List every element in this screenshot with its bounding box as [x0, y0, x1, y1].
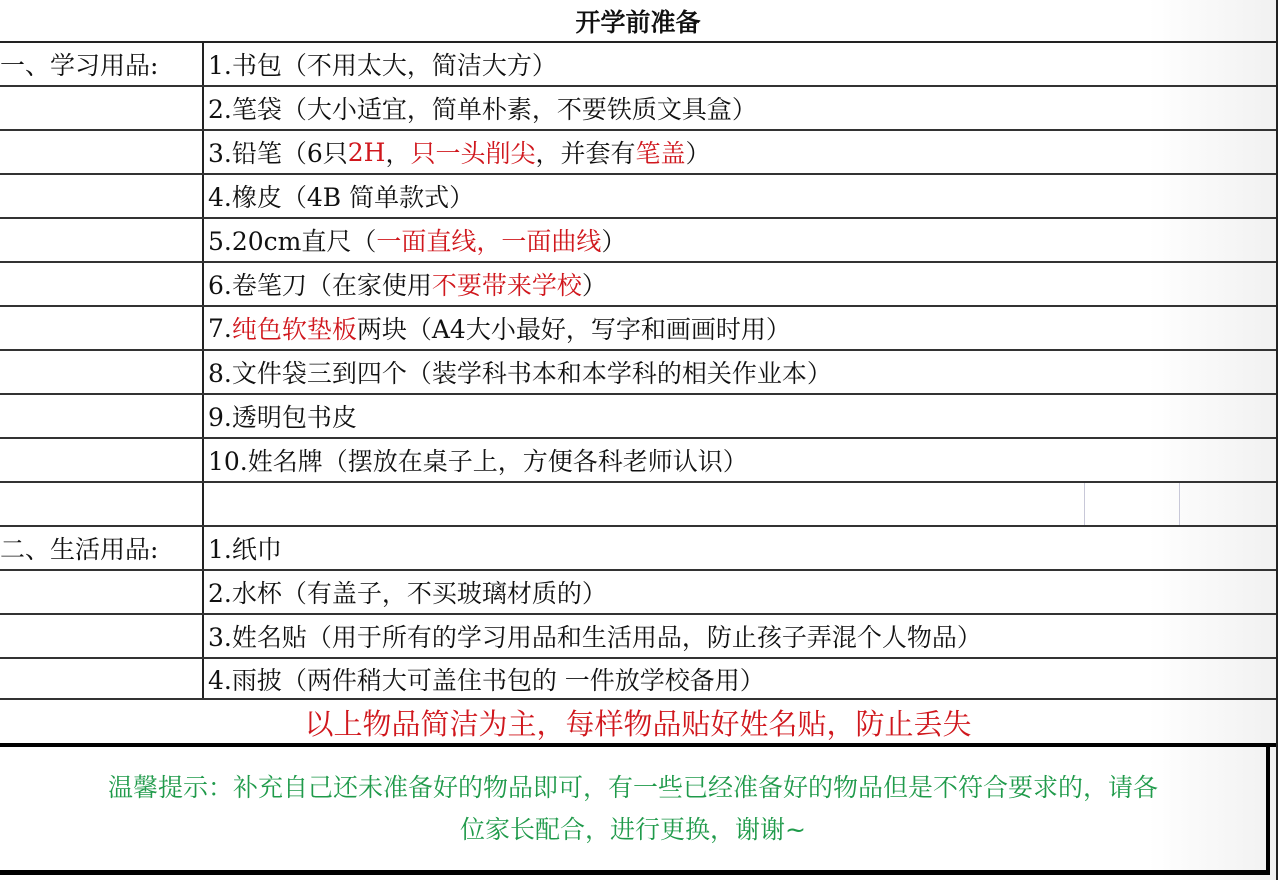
page-title: 开学前准备 — [0, 0, 1276, 43]
empty-item-cell — [204, 483, 1276, 525]
list-item: 7.纯色软垫板两块（A4大小最好，写字和画画时用） — [204, 307, 1276, 349]
item-text: 7. — [208, 314, 232, 343]
table-row: 7.纯色软垫板两块（A4大小最好，写字和画画时用） — [0, 307, 1276, 351]
cell-divider — [1179, 483, 1180, 525]
table-row: 10.姓名牌（摆放在桌子上，方便各科老师认识） — [0, 439, 1276, 483]
table-row: 二、生活用品: 1.纸巾 — [0, 527, 1276, 571]
list-item: 2.笔袋（大小适宜，简单朴素，不要铁质文具盒） — [204, 87, 1276, 129]
item-text: 4.橡皮（4B 简单款式） — [208, 178, 474, 214]
emphasis-text: 一面直线，一面曲线 — [376, 222, 601, 258]
empty-label-cell — [0, 219, 204, 261]
table-row: 4.雨披（两件稍大可盖住书包的 一件放学校备用） — [0, 659, 1276, 700]
item-text: 4.雨披（两件稍大可盖住书包的 一件放学校备用） — [208, 661, 765, 697]
empty-label-cell — [0, 351, 204, 393]
list-item: 6.卷笔刀（在家使用 不要带来学校） — [204, 263, 1276, 305]
item-text: 2.笔袋（大小适宜，简单朴素，不要铁质文具盒） — [208, 90, 757, 126]
summary-note: 以上物品简洁为主，每样物品贴好姓名贴，防止丢失 — [0, 701, 1276, 747]
tips-line-1: 温馨提示：补充自己还未准备好的物品即可，有一些已经准备好的物品但是不符合要求的，… — [108, 767, 1158, 809]
table-row: 5.20cm直尺（一面直线，一面曲线） — [0, 219, 1276, 263]
list-item: 4.橡皮（4B 简单款式） — [204, 175, 1276, 217]
item-text: 1.纸巾 — [208, 530, 282, 566]
item-text: ） — [686, 134, 711, 170]
item-text: 10.姓名牌（摆放在桌子上，方便各科老师认识） — [208, 442, 748, 478]
cell-divider — [1084, 483, 1085, 525]
emphasis-text: 不要带来学校 — [432, 266, 582, 302]
empty-label-cell — [0, 87, 204, 129]
list-item: 4.雨披（两件稍大可盖住书包的 一件放学校备用） — [204, 659, 1276, 698]
list-item: 8.文件袋三到四个（装学科书本和本学科的相关作业本） — [204, 351, 1276, 393]
item-text: ， — [385, 134, 410, 170]
emphasis-text: 只一头削尖 — [411, 134, 536, 170]
section-label-daily: 二、生活用品: — [0, 527, 204, 569]
item-text: 1.书包（不用太大，简洁大方） — [208, 46, 557, 82]
table-row: 2.笔袋（大小适宜，简单朴素，不要铁质文具盒） — [0, 87, 1276, 131]
tips-line-2: 位家长配合，进行更换，谢谢~ — [108, 809, 1158, 851]
table-row: 3.姓名贴（用于所有的学习用品和生活用品，防止孩子弄混个人物品） — [0, 615, 1276, 659]
emphasis-text: 笔盖 — [636, 134, 686, 170]
table-row: 4.橡皮（4B 简单款式） — [0, 175, 1276, 219]
empty-label-cell — [0, 263, 204, 305]
item-text: 3.铅笔（6只 — [208, 134, 348, 170]
item-text: ，并套有 — [536, 134, 636, 170]
item-text: 9.透明包书皮 — [208, 398, 357, 434]
emphasis-text: 纯色软垫板 — [232, 310, 357, 346]
emphasis-text: 2H — [348, 138, 386, 167]
table-row: 一、学习用品: 1.书包（不用太大，简洁大方） — [0, 43, 1276, 87]
item-text: 5.20cm直尺（ — [208, 222, 376, 258]
table-row: 9.透明包书皮 — [0, 395, 1276, 439]
item-text: ） — [582, 266, 607, 302]
table-row: 3.铅笔（6只2H，只一头削尖，并套有笔盖） — [0, 131, 1276, 175]
list-item: 5.20cm直尺（一面直线，一面曲线） — [204, 219, 1276, 261]
list-item: 3.姓名贴（用于所有的学习用品和生活用品，防止孩子弄混个人物品） — [204, 615, 1276, 657]
empty-label-cell — [0, 659, 204, 698]
empty-label-cell — [0, 307, 204, 349]
table-row: 6.卷笔刀（在家使用 不要带来学校） — [0, 263, 1276, 307]
empty-label-cell — [0, 175, 204, 217]
list-item: 9.透明包书皮 — [204, 395, 1276, 437]
empty-row — [0, 483, 1276, 527]
empty-label-cell — [0, 615, 204, 657]
list-item: 10.姓名牌（摆放在桌子上，方便各科老师认识） — [204, 439, 1276, 481]
item-text: 8.文件袋三到四个（装学科书本和本学科的相关作业本） — [208, 354, 832, 390]
list-item: 2.水杯（有盖子，不买玻璃材质的） — [204, 571, 1276, 613]
tips-box: 温馨提示：补充自己还未准备好的物品即可，有一些已经准备好的物品但是不符合要求的，… — [0, 747, 1270, 875]
list-item: 3.铅笔（6只2H，只一头削尖，并套有笔盖） — [204, 131, 1276, 173]
empty-label-cell — [0, 439, 204, 481]
list-item: 1.书包（不用太大，简洁大方） — [204, 43, 1276, 85]
item-text: 3.姓名贴（用于所有的学习用品和生活用品，防止孩子弄混个人物品） — [208, 618, 982, 654]
section-label-study: 一、学习用品: — [0, 43, 204, 85]
empty-label-cell — [0, 571, 204, 613]
item-text: ） — [601, 222, 626, 258]
empty-label-cell — [0, 131, 204, 173]
item-text: 两块（A4大小最好，写字和画画时用） — [357, 310, 791, 346]
empty-label-cell — [0, 395, 204, 437]
checklist-sheet: 开学前准备 一、学习用品: 1.书包（不用太大，简洁大方） 2.笔袋（大小适宜，… — [0, 0, 1278, 880]
item-text: 2.水杯（有盖子，不买玻璃材质的） — [208, 574, 607, 610]
list-item: 1.纸巾 — [204, 527, 1276, 569]
checklist-table: 一、学习用品: 1.书包（不用太大，简洁大方） 2.笔袋（大小适宜，简单朴素，不… — [0, 43, 1276, 700]
table-row: 2.水杯（有盖子，不买玻璃材质的） — [0, 571, 1276, 615]
table-row: 8.文件袋三到四个（装学科书本和本学科的相关作业本） — [0, 351, 1276, 395]
empty-label-cell — [0, 483, 204, 525]
item-text: 6.卷笔刀（在家使用 — [208, 266, 432, 302]
